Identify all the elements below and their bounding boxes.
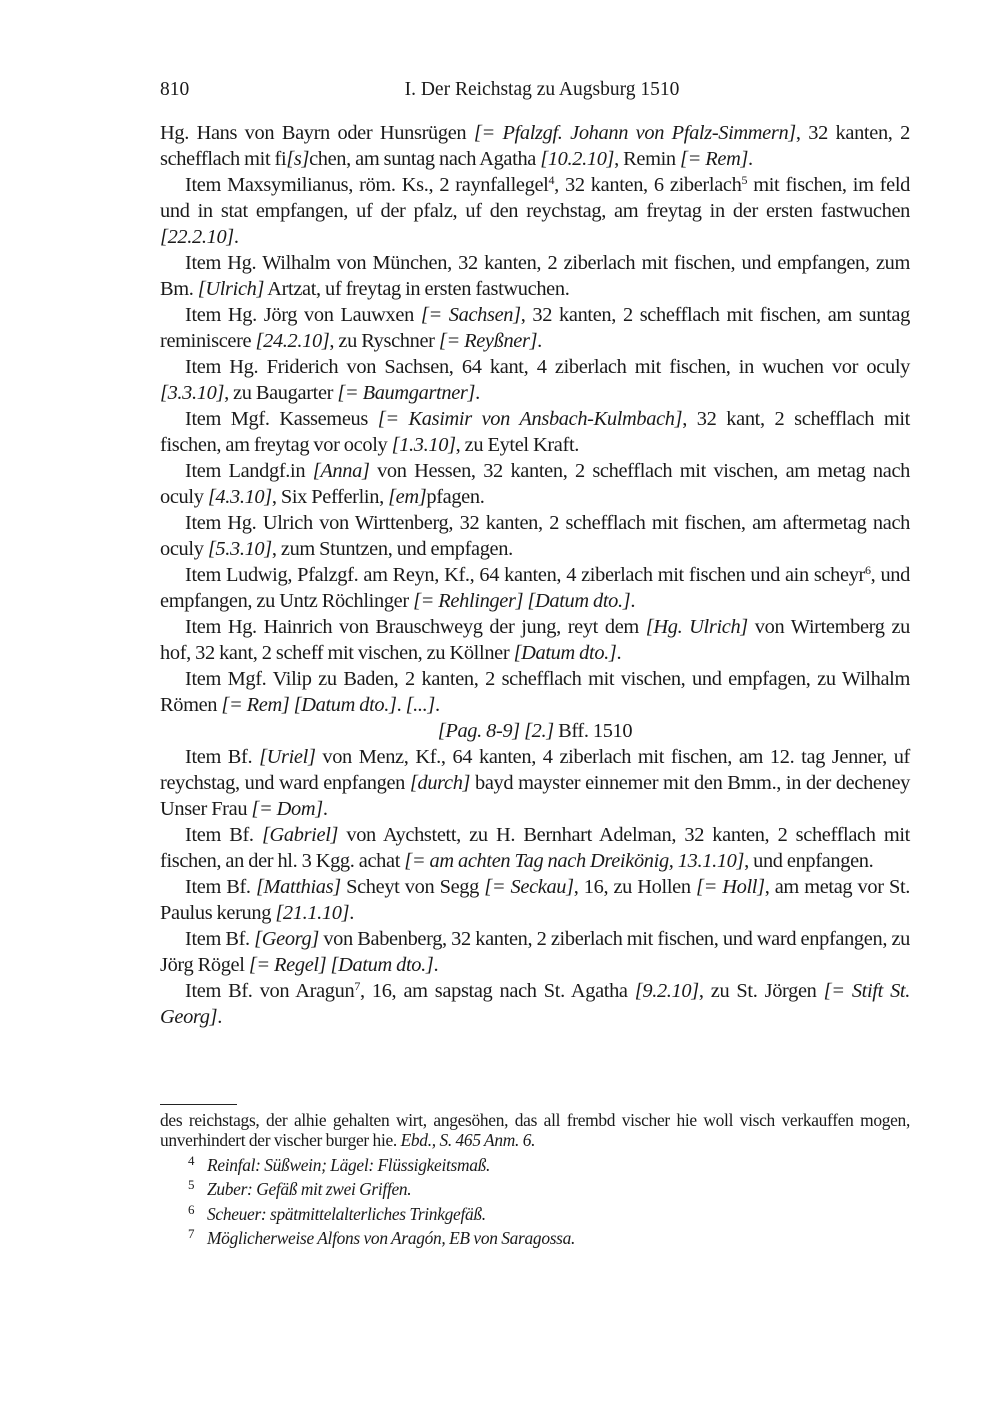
text-run: , zu Ryschner [329, 330, 438, 352]
editorial-annotation: [= Pfalzgf. Johann von Pfalz-Simmern] [474, 122, 796, 144]
editorial-annotation: [Georg] [254, 928, 319, 950]
editorial-annotation: [Gabriel] [262, 824, 338, 846]
editorial-annotation: [21.1.10] [275, 902, 349, 924]
text-run: , zum Stuntzen, und empfagen. [272, 538, 513, 560]
editorial-annotation: [= Rehlinger] [Datum dto.] [413, 590, 630, 612]
editorial-annotation: [Hg. Ulrich] [646, 616, 748, 638]
footnote: 7Möglicherweise Alfons von Aragón, EB vo… [160, 1228, 910, 1248]
editorial-annotation: [= Sachsen] [421, 304, 521, 326]
text-run: Item Maxsymilianus, röm. Ks., 2 raynfall… [185, 174, 548, 196]
text-run: . [617, 642, 622, 664]
footnote: 4Reinfal: Süßwein; Lägel: Flüssigkeitsma… [160, 1155, 910, 1175]
text-run: . [323, 798, 328, 820]
text-run: . [475, 382, 480, 404]
entry-paragraph: Item Bf. [Georg] von Babenberg, 32 kante… [160, 926, 910, 978]
text-run: Item Hg. Jörg von Lauwxen [185, 304, 421, 326]
text-run: Hg. Hans von Bayrn oder Hunsrügen [160, 122, 474, 144]
footnote-text: Reinfal: Süßwein; Lägel: Flüssigkeitsmaß… [185, 1155, 910, 1175]
editorial-annotation: [= Regel] [Datum dto.] [249, 954, 434, 976]
entry-paragraph: Item Maxsymilianus, röm. Ks., 2 raynfall… [160, 172, 910, 250]
section-heading: [Pag. 8-9] [2.] Bff. 1510 [160, 718, 910, 744]
text-run: Item Bf. [185, 746, 259, 768]
text-run: . [537, 330, 542, 352]
text-run: chen, am suntag nach Agatha [309, 148, 540, 170]
editorial-annotation: [s] [286, 148, 309, 170]
footnote-continuation: des reichstags, der alhie gehalten wirt,… [160, 1110, 910, 1150]
entry-paragraph: Item Bf. [Matthias] Scheyt von Segg [= S… [160, 874, 910, 926]
text-run: . [397, 694, 406, 716]
text-run: Artzat, uf freytag in ersten fastwuchen. [264, 278, 569, 300]
text-run: Item Bf. [185, 928, 254, 950]
text-run: . [217, 1006, 222, 1028]
text-run: , Remin [614, 148, 680, 170]
text-run: , zu St. Jörgen [699, 980, 824, 1002]
editorial-annotation: [= Reyßner] [439, 330, 537, 352]
editorial-annotation: [...] [406, 694, 435, 716]
editorial-annotation: [Matthias] [256, 876, 341, 898]
editorial-annotation: [22.2.10] [160, 226, 234, 248]
text-run: . [630, 590, 635, 612]
running-title: I. Der Reichstag zu Augsburg 1510 [160, 79, 910, 101]
text-run: Item Mgf. Kassemeus [185, 408, 378, 430]
text-run: Item Bf. [185, 824, 262, 846]
editorial-annotation: [5.3.10] [208, 538, 272, 560]
text-run: . [435, 694, 440, 716]
entry-paragraph: Item Hg. Wilhalm von München, 32 kanten,… [160, 250, 910, 302]
text-run: , 16, am sapstag nach St. Agatha [360, 980, 635, 1002]
page-header: 810 I. Der Reichstag zu Augsburg 1510 [160, 79, 910, 107]
text-run: , zu Baugarter [224, 382, 337, 404]
entry-paragraph: Item Hg. Hainrich von Brauschweyg der ju… [160, 614, 910, 666]
editorial-annotation: [10.2.10] [540, 148, 614, 170]
editorial-annotation: Ebd., S. 465 Anm. 6. [401, 1130, 536, 1150]
entry-paragraph: Item Bf. [Uriel] von Menz, Kf., 64 kante… [160, 744, 910, 822]
editorial-annotation: [Datum dto.] [514, 642, 617, 664]
text-run: , Six Pefferlin, [272, 486, 388, 508]
main-text: Hg. Hans von Bayrn oder Hunsrügen [= Pfa… [160, 120, 910, 1030]
editorial-annotation: [em] [388, 486, 426, 508]
editorial-annotation: [= Holl] [696, 876, 765, 898]
editorial-annotation: [durch] [410, 772, 470, 794]
entry-paragraph: Item Hg. Friderich von Sachsen, 64 kant,… [160, 354, 910, 406]
text-run: Scheyt von Segg [341, 876, 484, 898]
entry-paragraph: Item Landgf.in [Anna] von Hessen, 32 kan… [160, 458, 910, 510]
text-run: . [234, 226, 239, 248]
editorial-annotation: [Ulrich] [198, 278, 264, 300]
text-run: . [748, 148, 753, 170]
entry-paragraph: Item Bf. [Gabriel] von Aychstett, zu H. … [160, 822, 910, 874]
editorial-annotation: [3.3.10] [160, 382, 224, 404]
text-run: Bff. 1510 [554, 720, 632, 742]
editorial-annotation: [Anna] [313, 460, 370, 482]
text-run: , zu Eytel Kraft. [456, 434, 579, 456]
editorial-annotation: [4.3.10] [208, 486, 272, 508]
footnote-list: 4Reinfal: Süßwein; Lägel: Flüssigkeitsma… [160, 1155, 910, 1249]
text-run: Item Bf. von Aragun [185, 980, 354, 1002]
entry-paragraph: Item Mgf. Vilip zu Baden, 2 kanten, 2 sc… [160, 666, 910, 718]
editorial-annotation: [= Dom] [251, 798, 322, 820]
editorial-annotation: [= Seckau] [484, 876, 574, 898]
editorial-annotation: [24.2.10] [256, 330, 330, 352]
text-run: , 32 kanten, 6 ziberlach [554, 174, 741, 196]
editorial-annotation: [= Rem] [Datum dto.] [221, 694, 396, 716]
editorial-annotation: [Uriel] [259, 746, 315, 768]
footnote-number: 6 [188, 1200, 194, 1220]
text-run: . [433, 954, 438, 976]
text-run: Item Landgf.in [185, 460, 313, 482]
editorial-annotation: [= am achten Tag nach Dreikönig, 13.1.10… [404, 850, 744, 872]
text-run: . [349, 902, 354, 924]
footnotes: des reichstags, der alhie gehalten wirt,… [160, 1110, 910, 1248]
text-run: , 16, zu Hollen [574, 876, 696, 898]
entry-paragraph: Item Bf. von Aragun7, 16, am sapstag nac… [160, 978, 910, 1030]
footnote-number: 7 [188, 1224, 194, 1244]
footnote-number: 4 [188, 1151, 194, 1171]
editorial-annotation: [Pag. 8-9] [2.] [438, 720, 554, 742]
entry-paragraph: Item Mgf. Kassemeus [= Kasimir von Ansba… [160, 406, 910, 458]
editorial-annotation: [1.3.10] [392, 434, 456, 456]
footnote-text: Möglicherweise Alfons von Aragón, EB von… [185, 1228, 910, 1248]
editorial-annotation: [= Rem] [680, 148, 748, 170]
text-run: Item Ludwig, Pfalzgf. am Reyn, Kf., 64 k… [185, 564, 865, 586]
text-run: Item Hg. Hainrich von Brauschweyg der ju… [185, 616, 646, 638]
entry-paragraph: Item Hg. Jörg von Lauwxen [= Sachsen], 3… [160, 302, 910, 354]
footnote-number: 5 [188, 1175, 194, 1195]
entry-paragraph: Item Ludwig, Pfalzgf. am Reyn, Kf., 64 k… [160, 562, 910, 614]
text-run: Item Bf. [185, 876, 256, 898]
editorial-annotation: [= Baumgartner] [337, 382, 475, 404]
entry-paragraph: Hg. Hans von Bayrn oder Hunsrügen [= Pfa… [160, 120, 910, 172]
editorial-annotation: [= Kasimir von Ansbach-Kulmbach] [378, 408, 683, 430]
editorial-annotation: [9.2.10] [635, 980, 699, 1002]
text-run: , und enpfangen. [744, 850, 873, 872]
footnote: 5Zuber: Gefäß mit zwei Griffen. [160, 1179, 910, 1199]
text-run: pfagen. [426, 486, 484, 508]
footnote-separator [160, 1104, 237, 1105]
footnote-text: Scheuer: spätmittelalterliches Trinkgefä… [185, 1204, 910, 1224]
text-run: Item Hg. Friderich von Sachsen, 64 kant,… [185, 356, 910, 378]
entry-paragraph: Item Hg. Ulrich von Wirttenberg, 32 kant… [160, 510, 910, 562]
footnote-text: Zuber: Gefäß mit zwei Griffen. [185, 1179, 910, 1199]
footnote: 6Scheuer: spätmittelalterliches Trinkgef… [160, 1204, 910, 1224]
